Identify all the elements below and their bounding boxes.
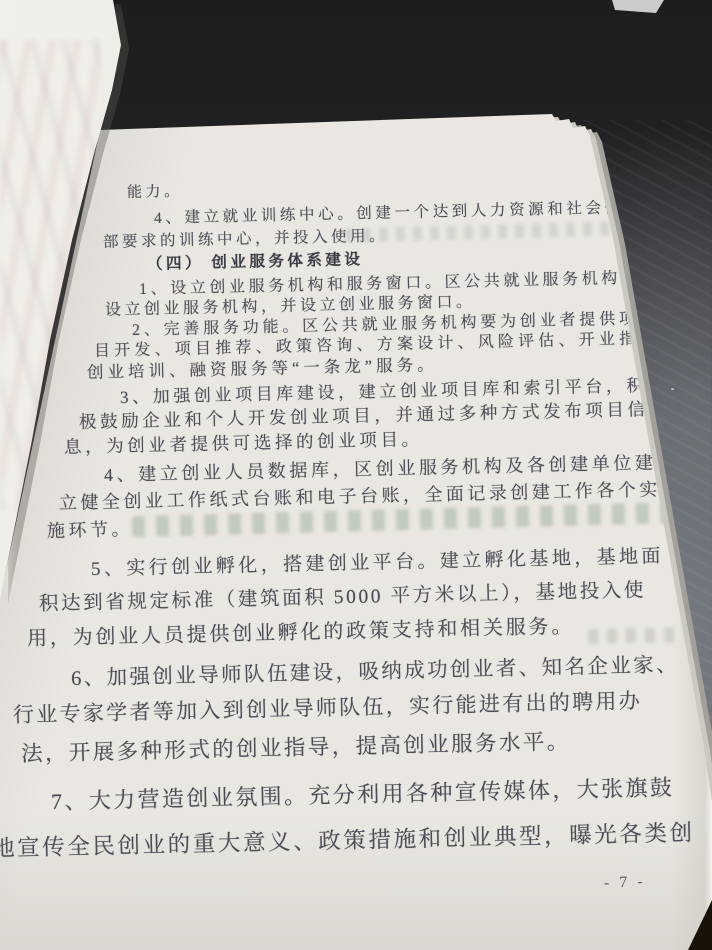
- photo-scene: 能力。 4、建立就业训练中心。创建一个达到人力资源和社会保障 部要求的训练中心，…: [0, 0, 712, 950]
- dust-speck: [671, 388, 674, 390]
- text-line: 6、加强创业导师队伍建设，吸纳成功创业者、知名企业家、: [71, 647, 680, 691]
- text-line: 施环节。: [47, 515, 134, 543]
- text-line: 行业专家学者等加入到创业导师队伍，实行能进有出的聘用办: [13, 685, 643, 729]
- text-line: 能力。: [127, 180, 183, 202]
- show-through-text: [588, 627, 684, 645]
- section-heading: （四） 创业服务体系建设: [147, 247, 364, 274]
- text-line: 法，开展多种形式的创业指导，提高创业服务水平。: [21, 725, 571, 768]
- text-line: 用，为创业人员提供创业孵化的政策支持和相关服务。: [27, 610, 575, 651]
- text-line: 地宣传全民创业的重大意义、政策措施和创业典型，曝光各类创: [0, 815, 695, 863]
- page-number: - 7 -: [604, 873, 646, 892]
- text-line: 7、大力营造创业氛围。充分利用各种宣传媒体，大张旗鼓: [51, 771, 675, 816]
